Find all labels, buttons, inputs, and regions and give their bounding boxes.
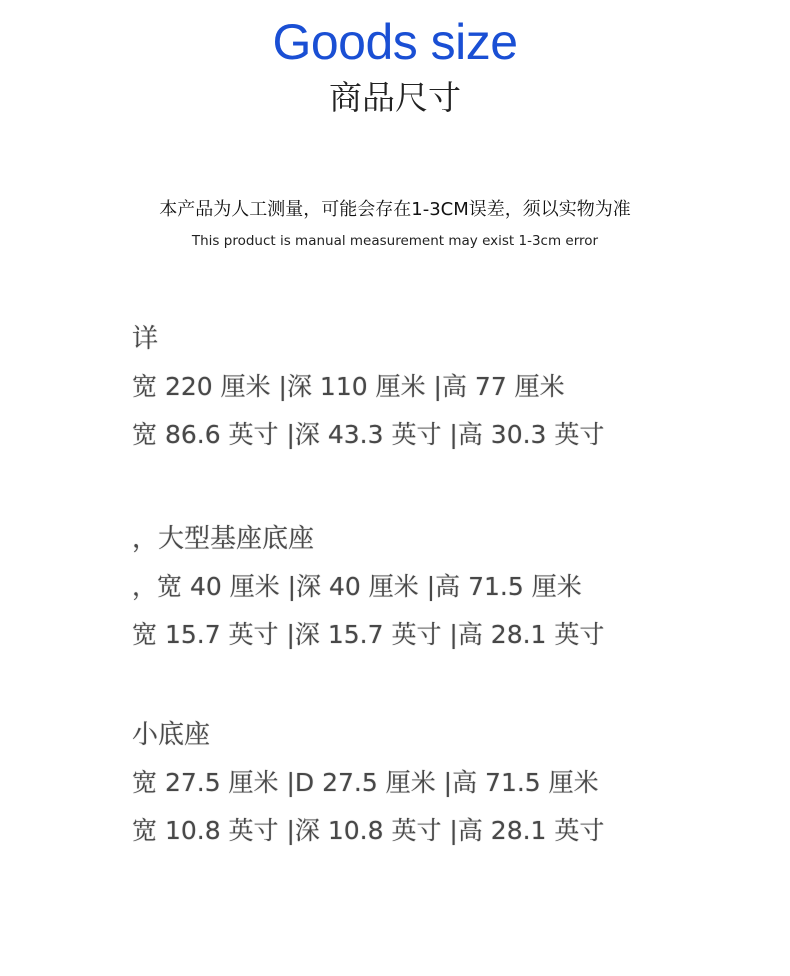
dimensions-cm: 宽 27.5 厘米 |D 27.5 厘米 |高 71.5 厘米	[132, 759, 604, 807]
measurement-note-english: This product is manual measurement may e…	[0, 231, 790, 251]
section-heading: 小底座	[132, 711, 604, 759]
measurement-note-chinese: 本产品为人工测量，可能会存在1-3CM误差，须以实物为准	[0, 197, 790, 223]
section-heading: 详	[132, 315, 604, 363]
page-title-english: Goods size	[0, 12, 790, 72]
dimensions-cm: 宽 220 厘米 |深 110 厘米 |高 77 厘米	[132, 363, 604, 411]
dimensions-inch: 宽 15.7 英寸 |深 15.7 英寸 |高 28.1 英寸	[132, 611, 604, 659]
size-section-large-base: ，大型基座底座 ，宽 40 厘米 |深 40 厘米 |高 71.5 厘米 宽 1…	[132, 515, 604, 659]
dimensions-inch: 宽 86.6 英寸 |深 43.3 英寸 |高 30.3 英寸	[132, 411, 604, 459]
size-section-main: 详 宽 220 厘米 |深 110 厘米 |高 77 厘米 宽 86.6 英寸 …	[132, 315, 604, 459]
section-heading: ，大型基座底座	[132, 515, 604, 563]
dimensions-inch: 宽 10.8 英寸 |深 10.8 英寸 |高 28.1 英寸	[132, 807, 604, 855]
page-title-chinese: 商品尺寸	[0, 76, 790, 120]
dimensions-cm: ，宽 40 厘米 |深 40 厘米 |高 71.5 厘米	[132, 563, 604, 611]
size-section-small-base: 小底座 宽 27.5 厘米 |D 27.5 厘米 |高 71.5 厘米 宽 10…	[132, 711, 604, 855]
